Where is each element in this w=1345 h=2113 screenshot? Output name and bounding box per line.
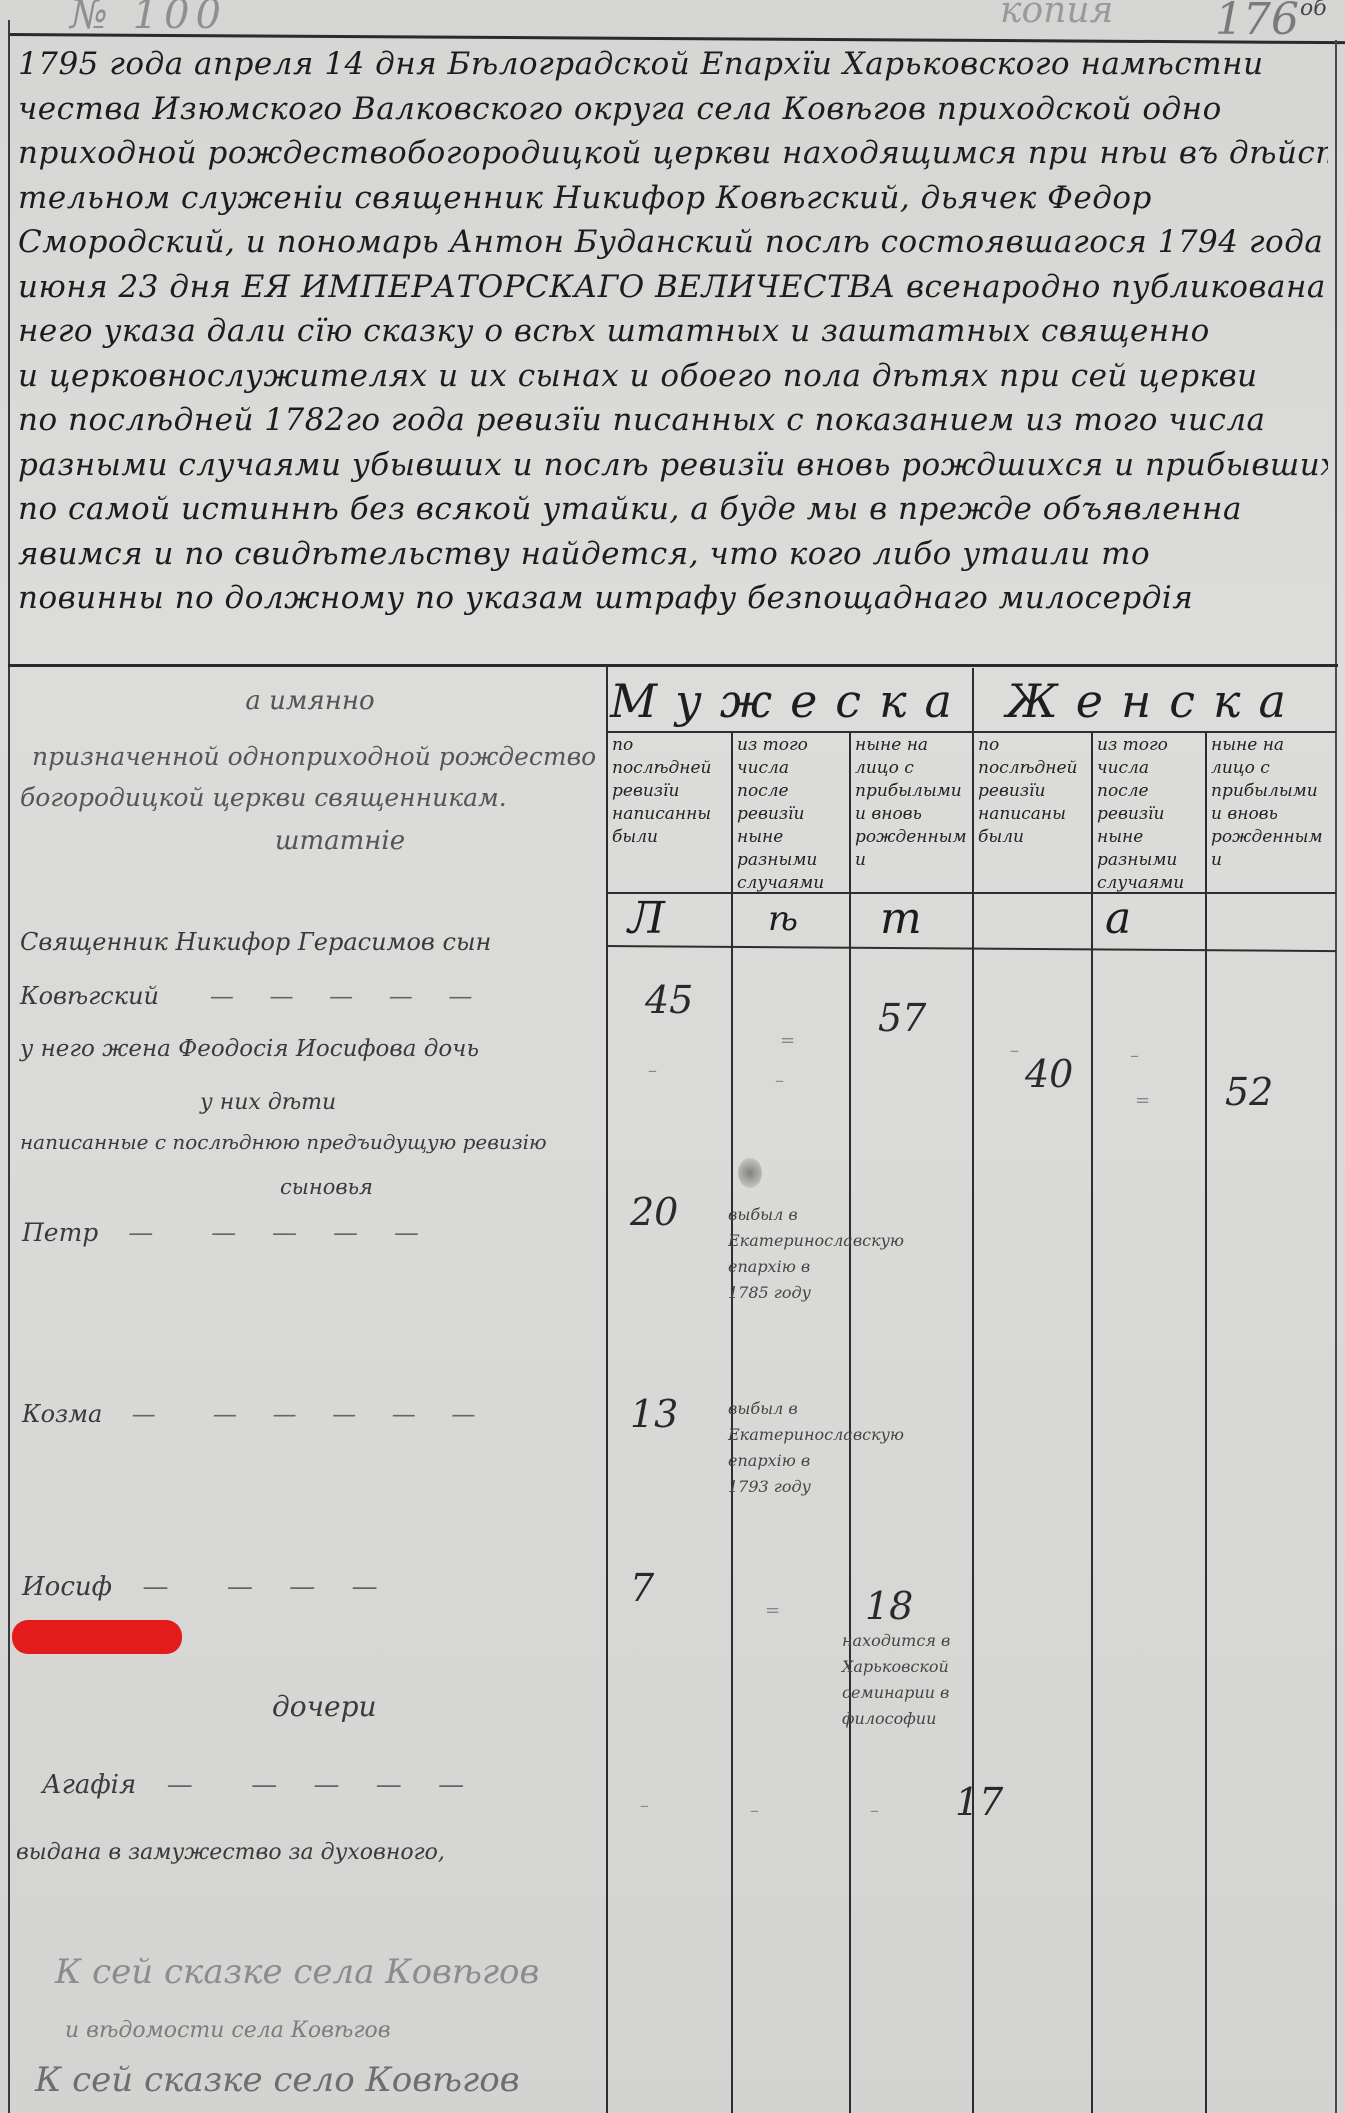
names-header-line3: богородицкой церкви священникам.: [20, 783, 600, 812]
preamble-line: тельном служеніи священник Никифор Ковѣг…: [18, 176, 1328, 221]
table-divider-names: [606, 666, 608, 2113]
wife-age-last-revision: 40: [1025, 1052, 1073, 1096]
entry-wife-name: у него жена Феодосія Иосифова дочь: [20, 1036, 479, 1062]
preamble-line: чества Изюмского Валковского округа села…: [18, 87, 1328, 132]
years-label-char-2: ѣ: [768, 893, 798, 945]
ink-smudge: [738, 1158, 762, 1188]
entry-priest-name-cont: Ковѣгский — — — — —: [20, 982, 486, 1010]
redaction-bar: [12, 1620, 182, 1654]
tick-mark: –: [1010, 1040, 1019, 1061]
column-header-rule: [606, 892, 1336, 894]
signature-line-3: К сей сказке село Ковѣгов: [35, 2060, 519, 2100]
entry-priest-name: Священник Никифор Герасимов сын: [20, 928, 491, 956]
preamble-bottom-rule: [8, 664, 1338, 667]
table-divider-col6: [1205, 732, 1207, 2113]
children-subheader: написанные с послѣднюю предъидущую ревиз…: [20, 1130, 547, 1154]
table-divider-gender: [972, 668, 974, 2113]
col-header-male-departed: из того числа после ревизїи ныне разными…: [734, 732, 848, 892]
years-label-char-4: а: [1105, 893, 1131, 945]
wife-age-now: 52: [1225, 1070, 1273, 1114]
leader-dashes: — — — — — —: [110, 1400, 489, 1428]
male-group-header: Мужеска: [610, 672, 970, 730]
daughters-header: дочери: [272, 1690, 377, 1723]
preamble-line: него указа дали сїю сказку о всѣх штатны…: [18, 309, 1328, 354]
years-row-rule: [606, 945, 1336, 952]
frame-right-rule: [1335, 40, 1337, 2113]
preamble-line: 1795 года апреля 14 дня Бѣлоградской Епа…: [18, 42, 1328, 87]
tick-mark: –: [640, 1795, 649, 1816]
preamble-line: и церковнослужителях и их сынах и обоего…: [18, 354, 1328, 399]
page-number: 176: [1215, 0, 1299, 45]
years-label-char-3: т: [880, 893, 922, 945]
tick-mark: –: [648, 1060, 657, 1081]
names-header-title: а имянно: [20, 686, 600, 716]
daughter-agafia-name: Агафія: [42, 1770, 136, 1800]
son-iosif-age-now: 18: [865, 1584, 913, 1628]
leader-dashes: — — — — —: [167, 982, 487, 1010]
tick-mark: =: [1135, 1090, 1150, 1111]
priest-age-now: 57: [878, 996, 926, 1040]
col-header-female-last-revision: по послѣдней ревизїи написаны были: [975, 732, 1090, 892]
daughter-agafia-row: Агафія — — — — —: [42, 1770, 478, 1800]
son-kozma-row: Козма — — — — — —: [22, 1400, 489, 1428]
children-header: у них дѣти: [200, 1090, 336, 1115]
col-header-female-now: ныне на лицо с прибылыми и вновь рожденн…: [1208, 732, 1334, 892]
son-iosif-seminary-note: находится в Харьковской семинарии в фило…: [842, 1628, 972, 1732]
son-kozma-age: 13: [630, 1392, 678, 1436]
preamble-line: июня 23 дня ЕЯ ИМПЕРАТОРСКАГО ВЕЛИЧЕСТВА…: [18, 265, 1328, 310]
tick-mark: –: [870, 1800, 879, 1821]
sons-subheader: сыновья: [280, 1175, 373, 1199]
preamble-line: по послѣдней 1782го года ревизїи писанны…: [18, 398, 1328, 443]
preamble-line: явимся и по свидѣтельству найдется, что …: [18, 532, 1328, 577]
tick-mark: –: [775, 1070, 784, 1091]
leader-dashes: — — — — —: [144, 1770, 478, 1800]
son-petr-departed-note: выбыл в Екатеринославскую епархію в 1785…: [728, 1202, 854, 1306]
preamble-line: разными случаями убывших и послѣ ревизїи…: [18, 443, 1328, 488]
tick-mark: –: [750, 1800, 759, 1821]
signature-line-2: и вѣдомости села Ковѣгов: [65, 2018, 391, 2043]
names-header-line2: призначенной одноприходной рождество: [20, 742, 600, 771]
preamble-line: приходной рождествобогородицкой церкви н…: [18, 131, 1328, 176]
leader-dashes: — — — — —: [106, 1218, 433, 1247]
leader-dashes: — — — —: [120, 1572, 391, 1602]
son-petr-row: Петр — — — — —: [22, 1218, 433, 1247]
col-header-male-now: ныне на лицо с прибылыми и вновь рожденн…: [852, 732, 971, 892]
document-page: № 100 копия 176 об 1795 года апреля 14 д…: [0, 0, 1345, 2113]
preamble-paragraph: 1795 года апреля 14 дня Бѣлоградской Епа…: [18, 42, 1328, 621]
archive-number-note: № 100: [70, 0, 227, 38]
son-iosif-age-last-revision: 7: [630, 1566, 654, 1610]
son-kozma-name: Козма: [22, 1400, 102, 1428]
table-divider-col5: [1091, 732, 1093, 2113]
son-iosif-row: Иосиф — — — —: [22, 1572, 392, 1602]
frame-left-rule: [8, 20, 10, 2113]
son-petr-age: 20: [630, 1190, 678, 1234]
names-header-status: штатніе: [20, 826, 600, 856]
names-column-header: а имянно призначенной одноприходной рожд…: [20, 680, 600, 856]
years-label-char-1: Л: [628, 893, 665, 945]
daughter-agafia-age: 17: [955, 1780, 1003, 1824]
preamble-line: Смородский, и пономарь Антон Буданский п…: [18, 220, 1328, 265]
tick-mark: =: [780, 1030, 795, 1051]
preamble-line: повинны по должному по указам штрафу без…: [18, 576, 1328, 621]
col-header-male-last-revision: по послѣдней ревизїи написанны были: [609, 732, 730, 892]
col-header-female-departed: из того числа после ревизїи ныне разными…: [1094, 732, 1204, 892]
signature-line-1: К сей сказке села Ковѣгов: [55, 1952, 539, 1992]
son-petr-name: Петр: [22, 1218, 98, 1247]
female-group-header: Женска: [976, 672, 1334, 730]
tick-mark: =: [765, 1600, 780, 1621]
son-kozma-departed-note: выбыл в Екатеринославскую епархію в 1793…: [728, 1396, 854, 1500]
son-iosif-name: Иосиф: [22, 1572, 112, 1602]
entry-priest-surname: Ковѣгский: [20, 982, 159, 1010]
daughter-agafia-note: выдана в замужество за духовного,: [16, 1840, 445, 1865]
tick-mark: –: [1130, 1045, 1139, 1066]
priest-age-last-revision: 45: [645, 978, 693, 1022]
preamble-line: по самой истиннѣ без всякой утайки, а бу…: [18, 487, 1328, 532]
copy-note: копия: [1000, 0, 1113, 31]
page-number-suffix: об: [1300, 0, 1327, 21]
